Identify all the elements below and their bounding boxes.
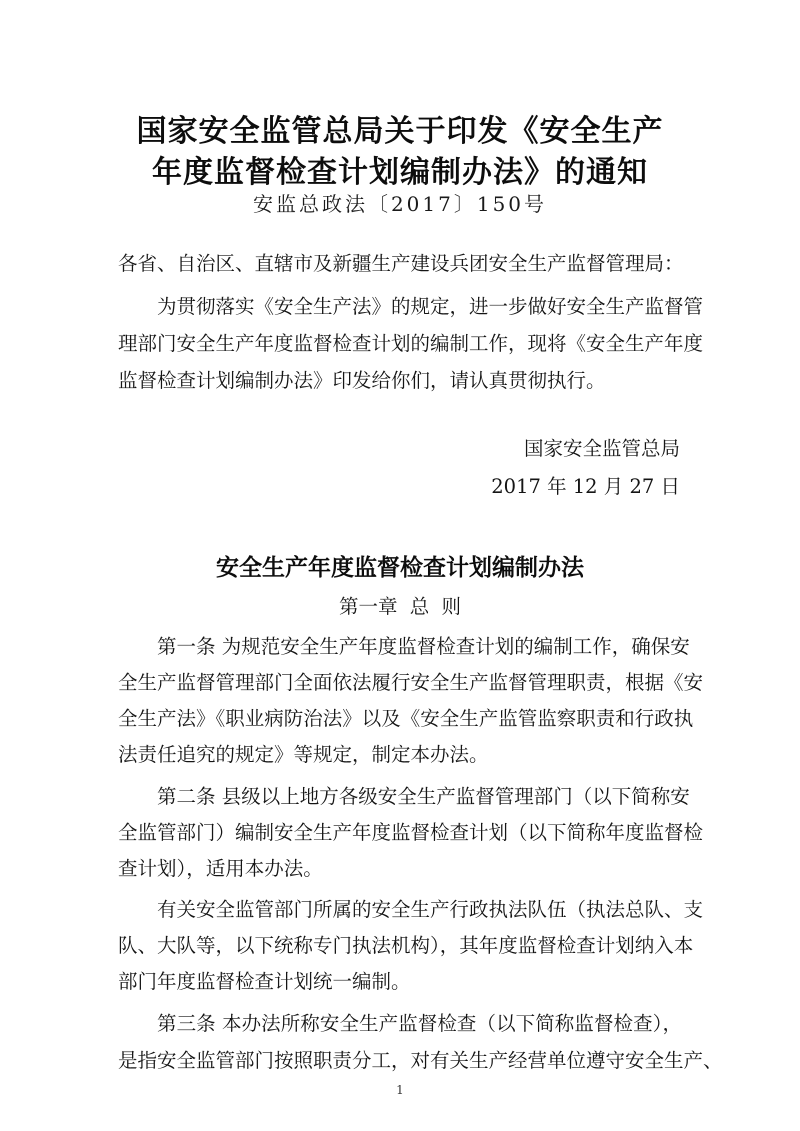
article-2-para-2-line: 部门年度监督检查计划统一编制。 <box>118 966 682 994</box>
notice-body-line: 为贯彻落实《安全生产法》的规定，进一步做好安全生产监督管 <box>157 291 682 319</box>
notice-title-line-1: 国家安全监管总局关于印发《安全生产 <box>0 106 800 150</box>
notice-body-line: 理部门安全生产年度监督检查计划的编制工作，现将《安全生产年度 <box>118 328 682 356</box>
article-2-para-2-line: 有关安全监管部门所属的安全生产行政执法队伍（执法总队、支 <box>157 894 682 922</box>
article-1-line: 法责任追究的规定》等规定，制定本办法。 <box>118 739 682 767</box>
article-1-line: 全生产监督管理部门全面依法履行安全生产监督管理职责，根据《安 <box>118 667 682 695</box>
document-page: 国家安全监管总局关于印发《安全生产 年度监督检查计划编制办法》的通知 安监总政法… <box>0 0 800 1131</box>
article-3-line: 第三条 本办法所称安全生产监督检查（以下简称监督检查）， <box>157 1008 682 1036</box>
article-1-line: 第一条 为规范安全生产年度监督检查计划的编制工作，确保安 <box>157 631 682 659</box>
notice-title-line-2: 年度监督检查计划编制办法》的通知 <box>0 147 800 191</box>
article-2-line: 全监管部门）编制安全生产年度监督检查计划（以下简称年度监督检 <box>118 817 682 845</box>
addressee: 各省、自治区、直辖市及新疆生产建设兵团安全生产监督管理局： <box>118 248 682 276</box>
issue-date: 2017 年 12 月 27 日 <box>491 471 680 499</box>
article-1-line: 全生产法》《职业病防治法》以及《安全生产监管监察职责和行政执 <box>118 703 682 731</box>
chapter-heading: 第一章 总 则 <box>0 591 800 619</box>
measures-title: 安全生产年度监督检查计划编制办法 <box>0 549 800 582</box>
article-3-line: 是指安全监管部门按照职责分工，对有关生产经营单位遵守安全生产、 <box>118 1045 682 1073</box>
article-2-line: 第二条 县级以上地方各级安全生产监督管理部门（以下简称安 <box>157 781 682 809</box>
article-2-line: 查计划），适用本办法。 <box>118 853 682 881</box>
page-number: 1 <box>0 1083 800 1097</box>
issuer-signature: 国家安全监管总局 <box>524 433 680 461</box>
document-number: 安监总政法〔2017〕150号 <box>0 188 800 217</box>
notice-body-line: 监督检查计划编制办法》印发给你们，请认真贯彻执行。 <box>118 365 682 393</box>
article-2-para-2-line: 队、大队等，以下统称专门执法机构），其年度监督检查计划纳入本 <box>118 930 682 958</box>
